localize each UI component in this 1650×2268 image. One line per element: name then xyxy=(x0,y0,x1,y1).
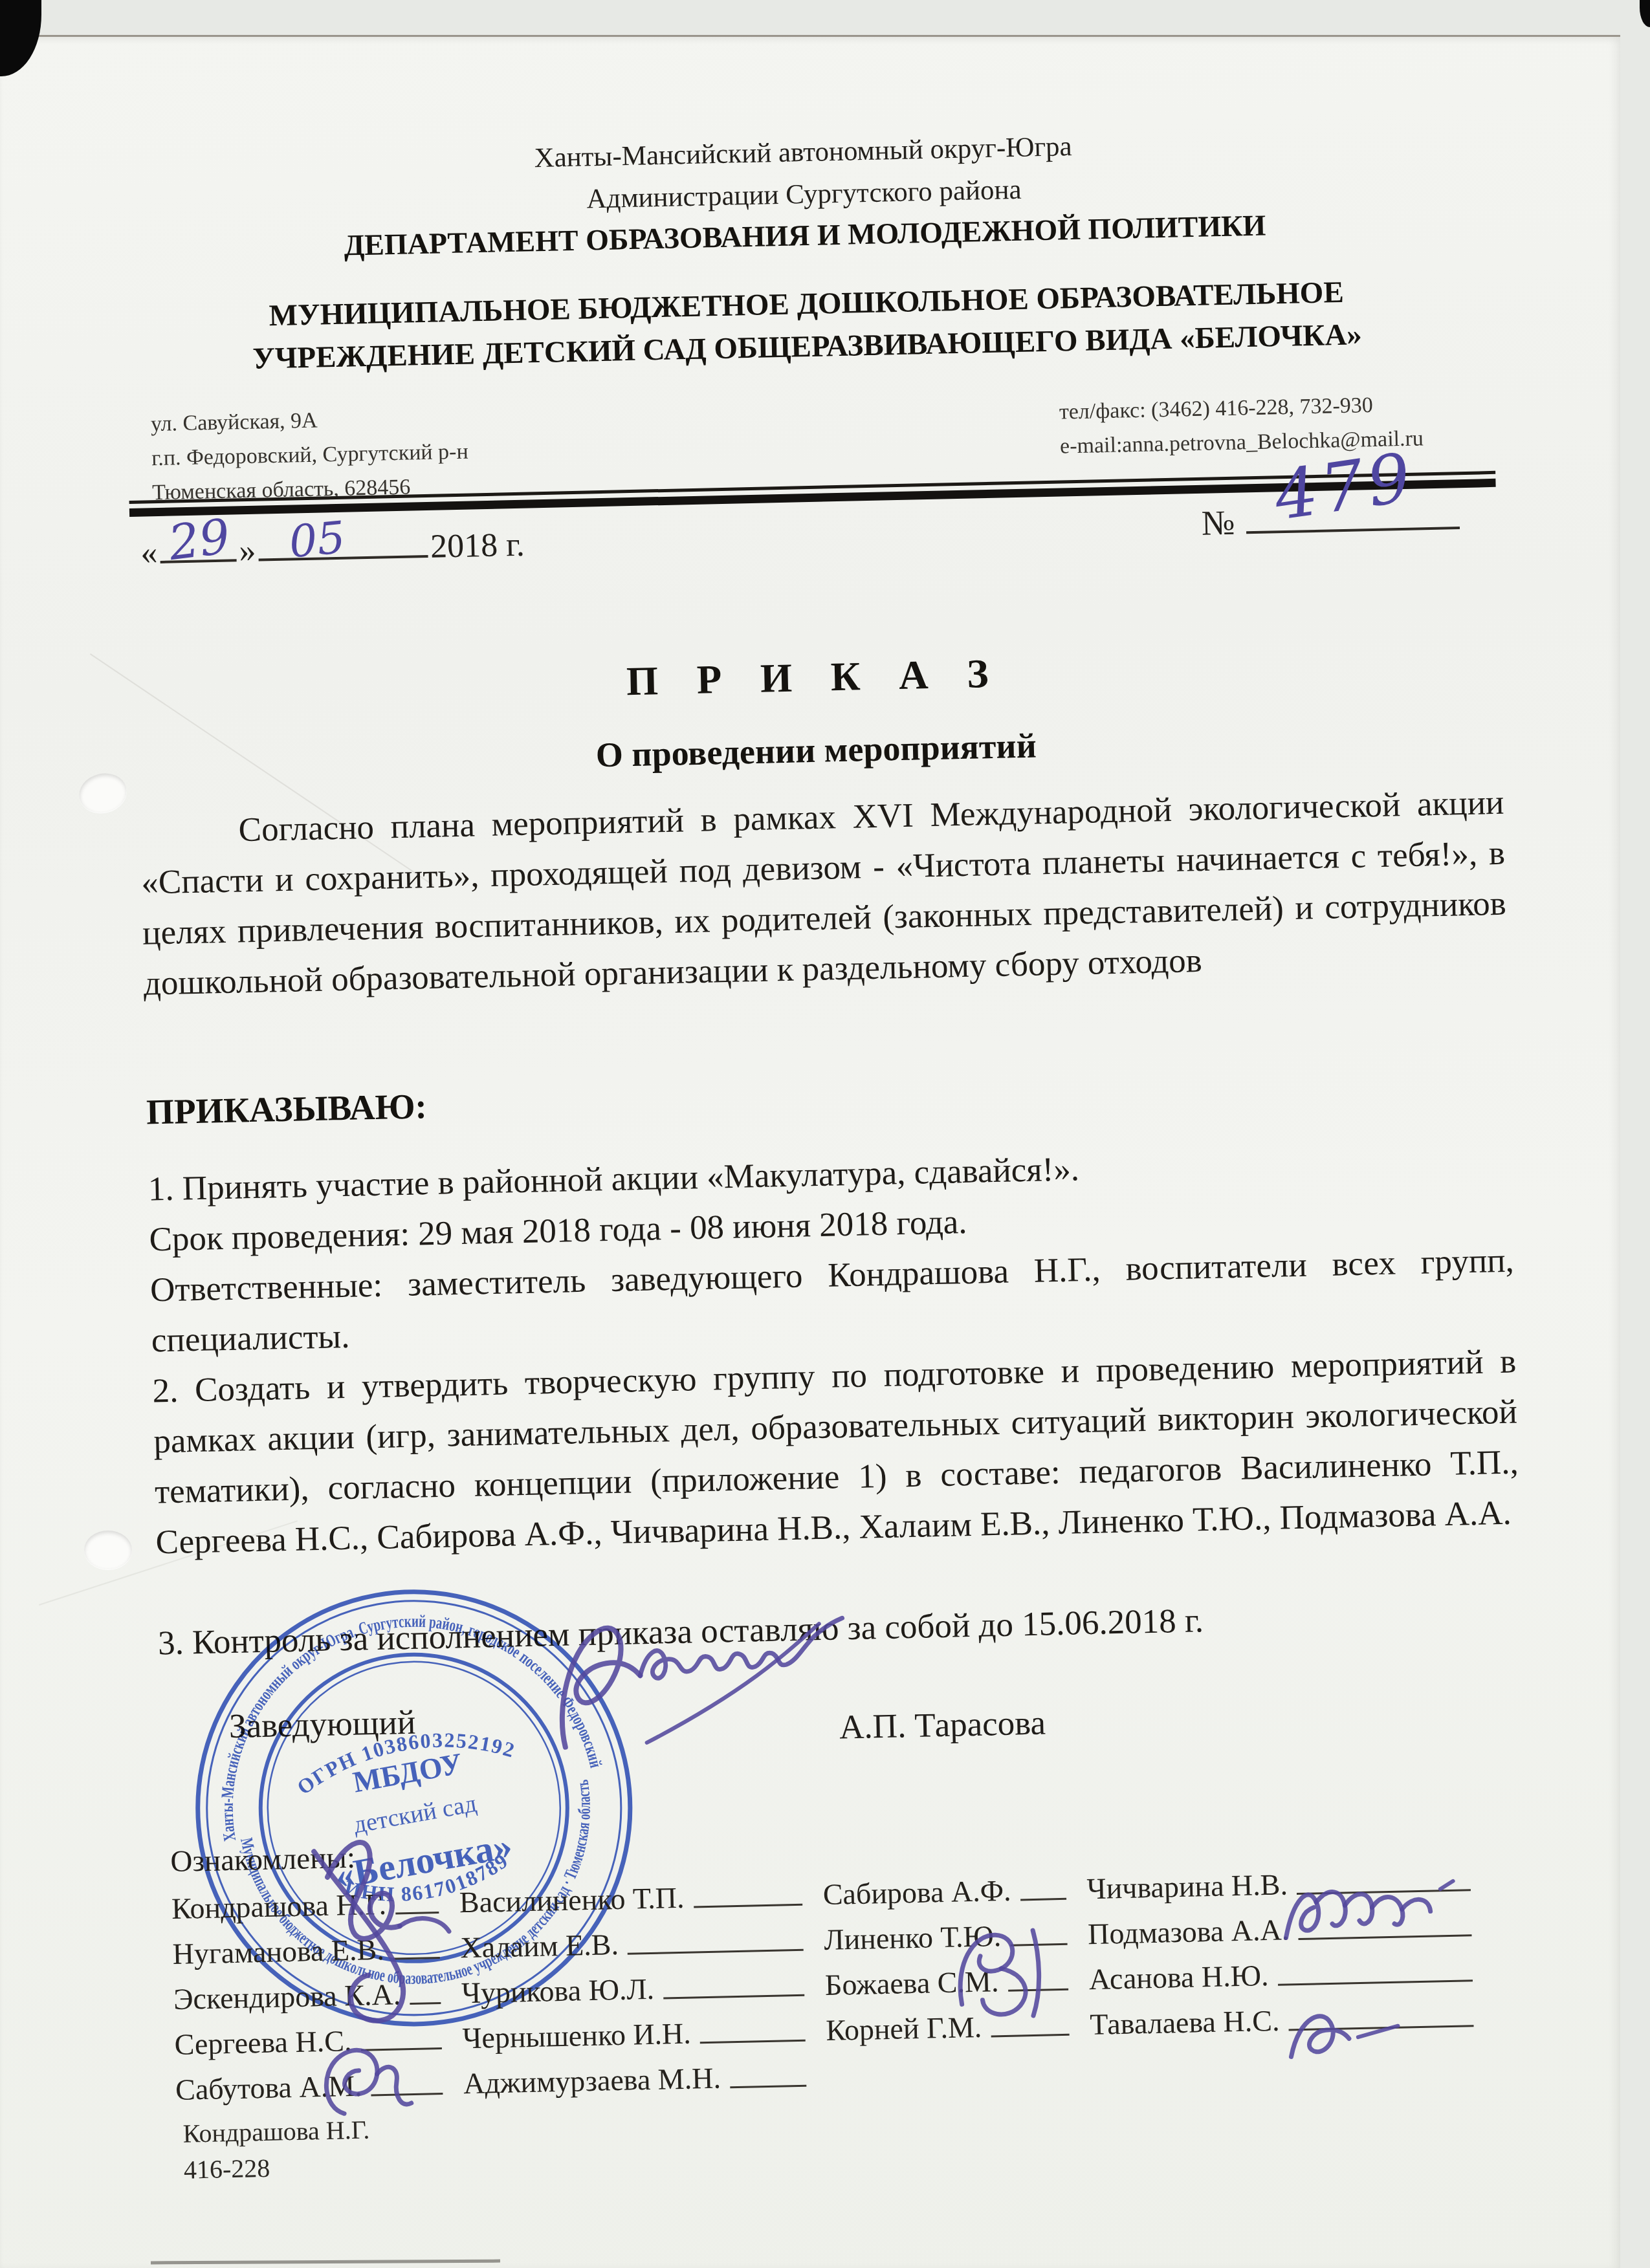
handwritten-day: 29 xyxy=(166,508,233,571)
number-sign: № xyxy=(1201,503,1235,543)
signature-blank-line xyxy=(694,1904,802,1908)
ack-cell: Чернышенко И.Н. xyxy=(462,2002,826,2055)
signature-tavalaeva xyxy=(1270,1990,1408,2084)
scanned-order-document: Ханты-Мансийский автономный округ-Югра А… xyxy=(0,0,1650,2268)
executor-block: Кондрашова Н.Г. 416-228 xyxy=(182,2111,371,2188)
quote-close: » xyxy=(239,532,256,570)
signature-blank-line xyxy=(700,2040,806,2044)
ack-cell: Аджимурзаева М.Н. xyxy=(463,2047,827,2100)
address-line-2: г.п. Федоровский, Сургутский р-н xyxy=(151,435,469,476)
preamble-paragraph: Согласно плана мероприятий в рамках XVI … xyxy=(140,778,1508,1009)
ack-cell: Василиненко Т.П. xyxy=(459,1866,823,1919)
director-signature xyxy=(540,1606,854,1768)
handwritten-month: 05 xyxy=(287,512,347,569)
signer-name: А.П. Тарасова xyxy=(839,1704,1046,1747)
org-address-block: ул. Савуйская, 9А г.п. Федоровский, Сург… xyxy=(150,400,469,510)
signature-blank-line xyxy=(1278,1979,1473,1986)
order-subject: О проведении мероприятий xyxy=(137,715,1496,785)
scanner-corner-top-right xyxy=(1640,0,1650,27)
signature-blank-line xyxy=(663,1994,804,2000)
ack-name: Чичварина Н.В. xyxy=(1086,1867,1288,1906)
year-label: 2018 г. xyxy=(430,527,525,565)
signature-blank-line xyxy=(991,2034,1070,2038)
signature-blank-line xyxy=(628,1949,804,1955)
ack-name: Чернышенко И.Н. xyxy=(462,2016,691,2056)
executor-phone: 416-228 xyxy=(183,2148,371,2188)
ack-cell: Чурикова Ю.Л. xyxy=(461,1957,825,2010)
ack-name: Аджимурзаева М.Н. xyxy=(463,2061,721,2101)
ack-name: Асанова Н.Ю. xyxy=(1088,1958,1269,1996)
signature-kondrashova xyxy=(286,1819,491,2044)
signature-podmazova xyxy=(1274,1862,1464,1969)
order-word: ПРИКАЗЫВАЮ: xyxy=(146,1085,428,1132)
item2-paragraph: 2. Создать и утвердить творческую группу… xyxy=(152,1336,1520,1568)
ack-name: Подмазова А.А. xyxy=(1088,1912,1290,1951)
ack-name: Тавалаева Н.С. xyxy=(1090,2003,1280,2042)
signature-blank-line xyxy=(730,2085,806,2089)
ack-cell: Сабирова А.Ф. xyxy=(822,1860,1087,1912)
ack-cell: Халаим Е.В. xyxy=(460,1912,824,1965)
printed-content: Ханты-Мансийский автономный округ-Югра А… xyxy=(0,0,1650,2268)
ack-name: Сабирова А.Ф. xyxy=(822,1873,1011,1912)
signature-bozhaeva xyxy=(941,1917,1073,2029)
executor-name: Кондрашова Н.Г. xyxy=(182,2111,370,2152)
quote-open: « xyxy=(140,534,158,572)
ack-name: Василиненко Т.П. xyxy=(459,1881,685,1920)
order-title: П Р И К А З xyxy=(135,639,1494,716)
signature-blank-line xyxy=(1020,1898,1066,1901)
punch-hole-bottom xyxy=(84,1531,132,1569)
